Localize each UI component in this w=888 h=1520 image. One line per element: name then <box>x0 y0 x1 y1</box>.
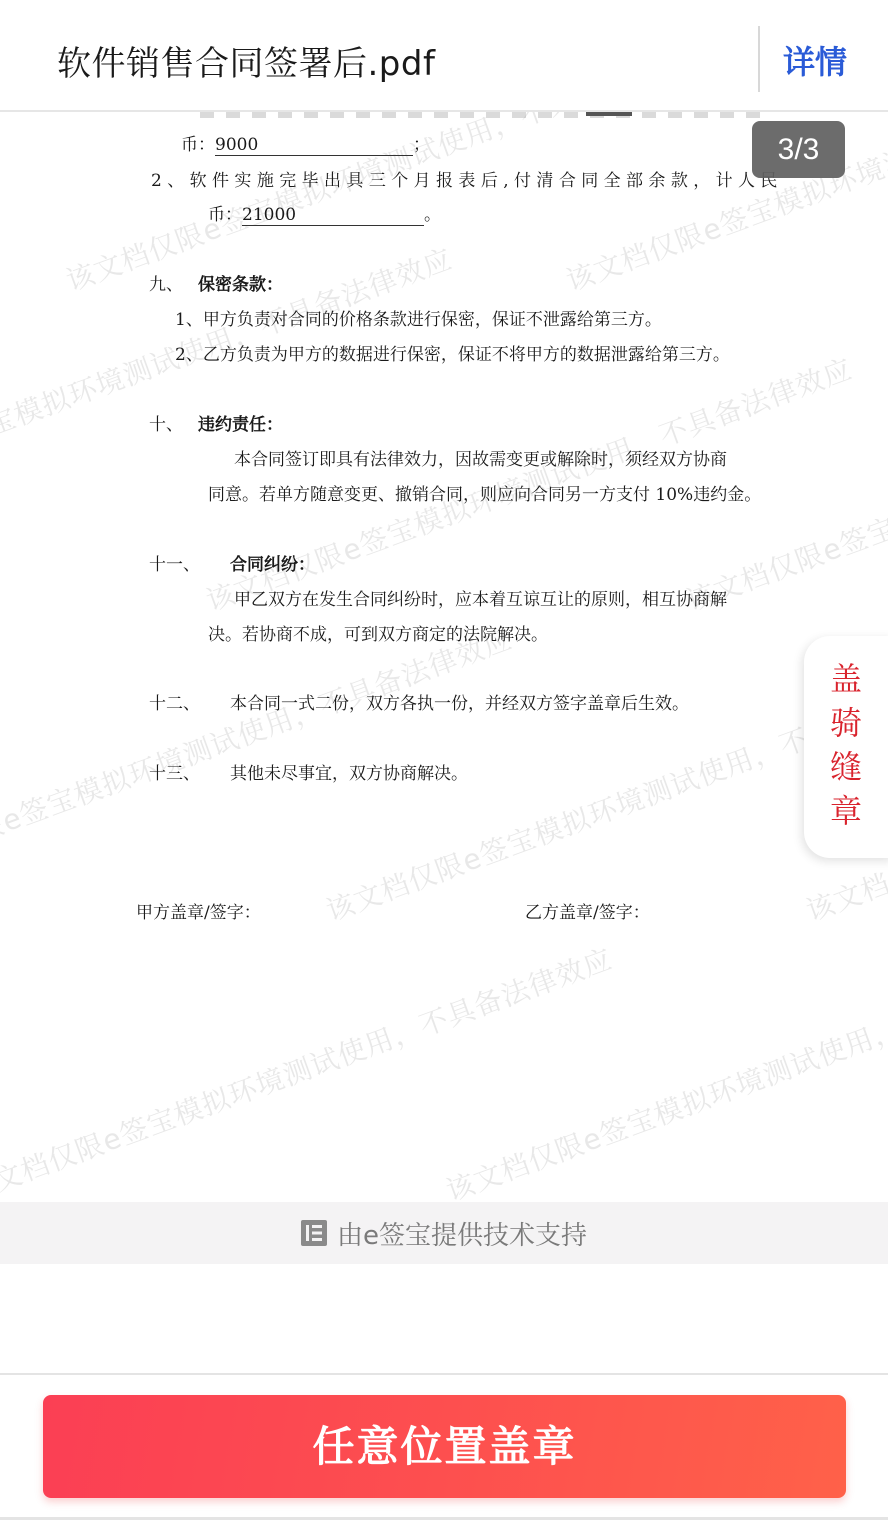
tech-support-banner: 由e签宝提供技术支持 <box>0 1202 888 1264</box>
stamp-anywhere-button[interactable]: 任意位置盖章 <box>43 1395 846 1498</box>
currency-label: 币： <box>181 135 215 155</box>
section-line: 同意。若单方随意变更、撤销合同，则应向合同另一方支付 10%违约金。 <box>208 480 761 505</box>
currency-label: 币： <box>208 205 242 225</box>
watermark: 该文档仅限e签宝模拟环境测试使用，不具备法律效应 <box>0 938 618 1202</box>
riding-seal-button[interactable]: 盖 骑 缝 章 <box>804 636 888 858</box>
bottom-divider <box>0 1373 888 1375</box>
party-a-signature-label: 甲方盖章/签字： <box>136 898 261 923</box>
section-line: 本合同签订即具有法律效力，因故需变更或解除时，须经双方协商 <box>234 445 727 470</box>
watermark: 该文档仅限e签宝模拟环境测试使用，不具备法律效应 <box>440 938 888 1202</box>
section-line: 2、乙方负责为甲方的数据进行保密，保证不将甲方的数据泄露给第三方。 <box>175 340 730 365</box>
header-divider <box>758 26 760 92</box>
party-b-signature-label: 乙方盖章/签字： <box>525 898 650 923</box>
top-header: 软件销售合同签署后.pdf 详情 <box>0 0 888 112</box>
punctuation: 。 <box>424 205 441 225</box>
amount-field: 9000 <box>215 135 413 156</box>
section-number: 十三、 <box>149 759 200 784</box>
watermark: 该文档仅限e签宝模拟环境测试使用，不具备法律效应 <box>0 618 518 890</box>
page-indicator: 3/3 <box>752 121 845 178</box>
details-button[interactable]: 详情 <box>783 37 847 83</box>
section-number: 十、 <box>149 410 183 435</box>
payment-line-2: 2、软件实施完毕出具三个月报表后,付清合同全部余款，计人民 <box>151 166 783 191</box>
payment-line-1: 币：9000； <box>181 130 430 156</box>
punctuation: ； <box>413 135 430 155</box>
partial-underline <box>586 112 632 116</box>
seal-tab-char: 骑 <box>826 698 866 744</box>
section-number: 十一、 <box>149 550 200 575</box>
section-title: 保密条款： <box>198 270 283 295</box>
section-text: 其他未尽事宜，双方协商解决。 <box>230 759 468 784</box>
seal-tab-char: 盖 <box>826 654 866 700</box>
payment-line-3: 币：21000。 <box>208 200 441 226</box>
section-number: 十二、 <box>149 689 200 714</box>
amount-field: 21000 <box>242 205 424 226</box>
document-title: 软件销售合同签署后.pdf <box>57 36 435 85</box>
section-text: 本合同一式二份，双方各执一份，并经双方签字盖章后生效。 <box>230 689 689 714</box>
partial-text-line <box>200 112 760 118</box>
seal-tab-char: 章 <box>826 786 866 832</box>
tech-support-text: 由e签宝提供技术支持 <box>337 1215 587 1252</box>
section-line: 决。若协商不成，可到双方商定的法院解决。 <box>208 620 548 645</box>
section-title: 合同纠纷： <box>230 550 315 575</box>
section-line: 甲乙双方在发生合同纠纷时，应本着互谅互让的原则，相互协商解 <box>234 585 727 610</box>
esign-logo-icon <box>301 1220 327 1246</box>
seal-tab-char: 缝 <box>826 742 866 788</box>
section-line: 1、甲方负责对合同的价格条款进行保密，保证不泄露给第三方。 <box>175 305 662 330</box>
section-title: 违约责任： <box>198 410 283 435</box>
section-number: 九、 <box>149 270 183 295</box>
document-viewer[interactable]: 该文档仅限e签宝模拟环境测试使用，不具备法律效应 该文档仅限e签宝模拟环境测试使… <box>0 112 888 1202</box>
